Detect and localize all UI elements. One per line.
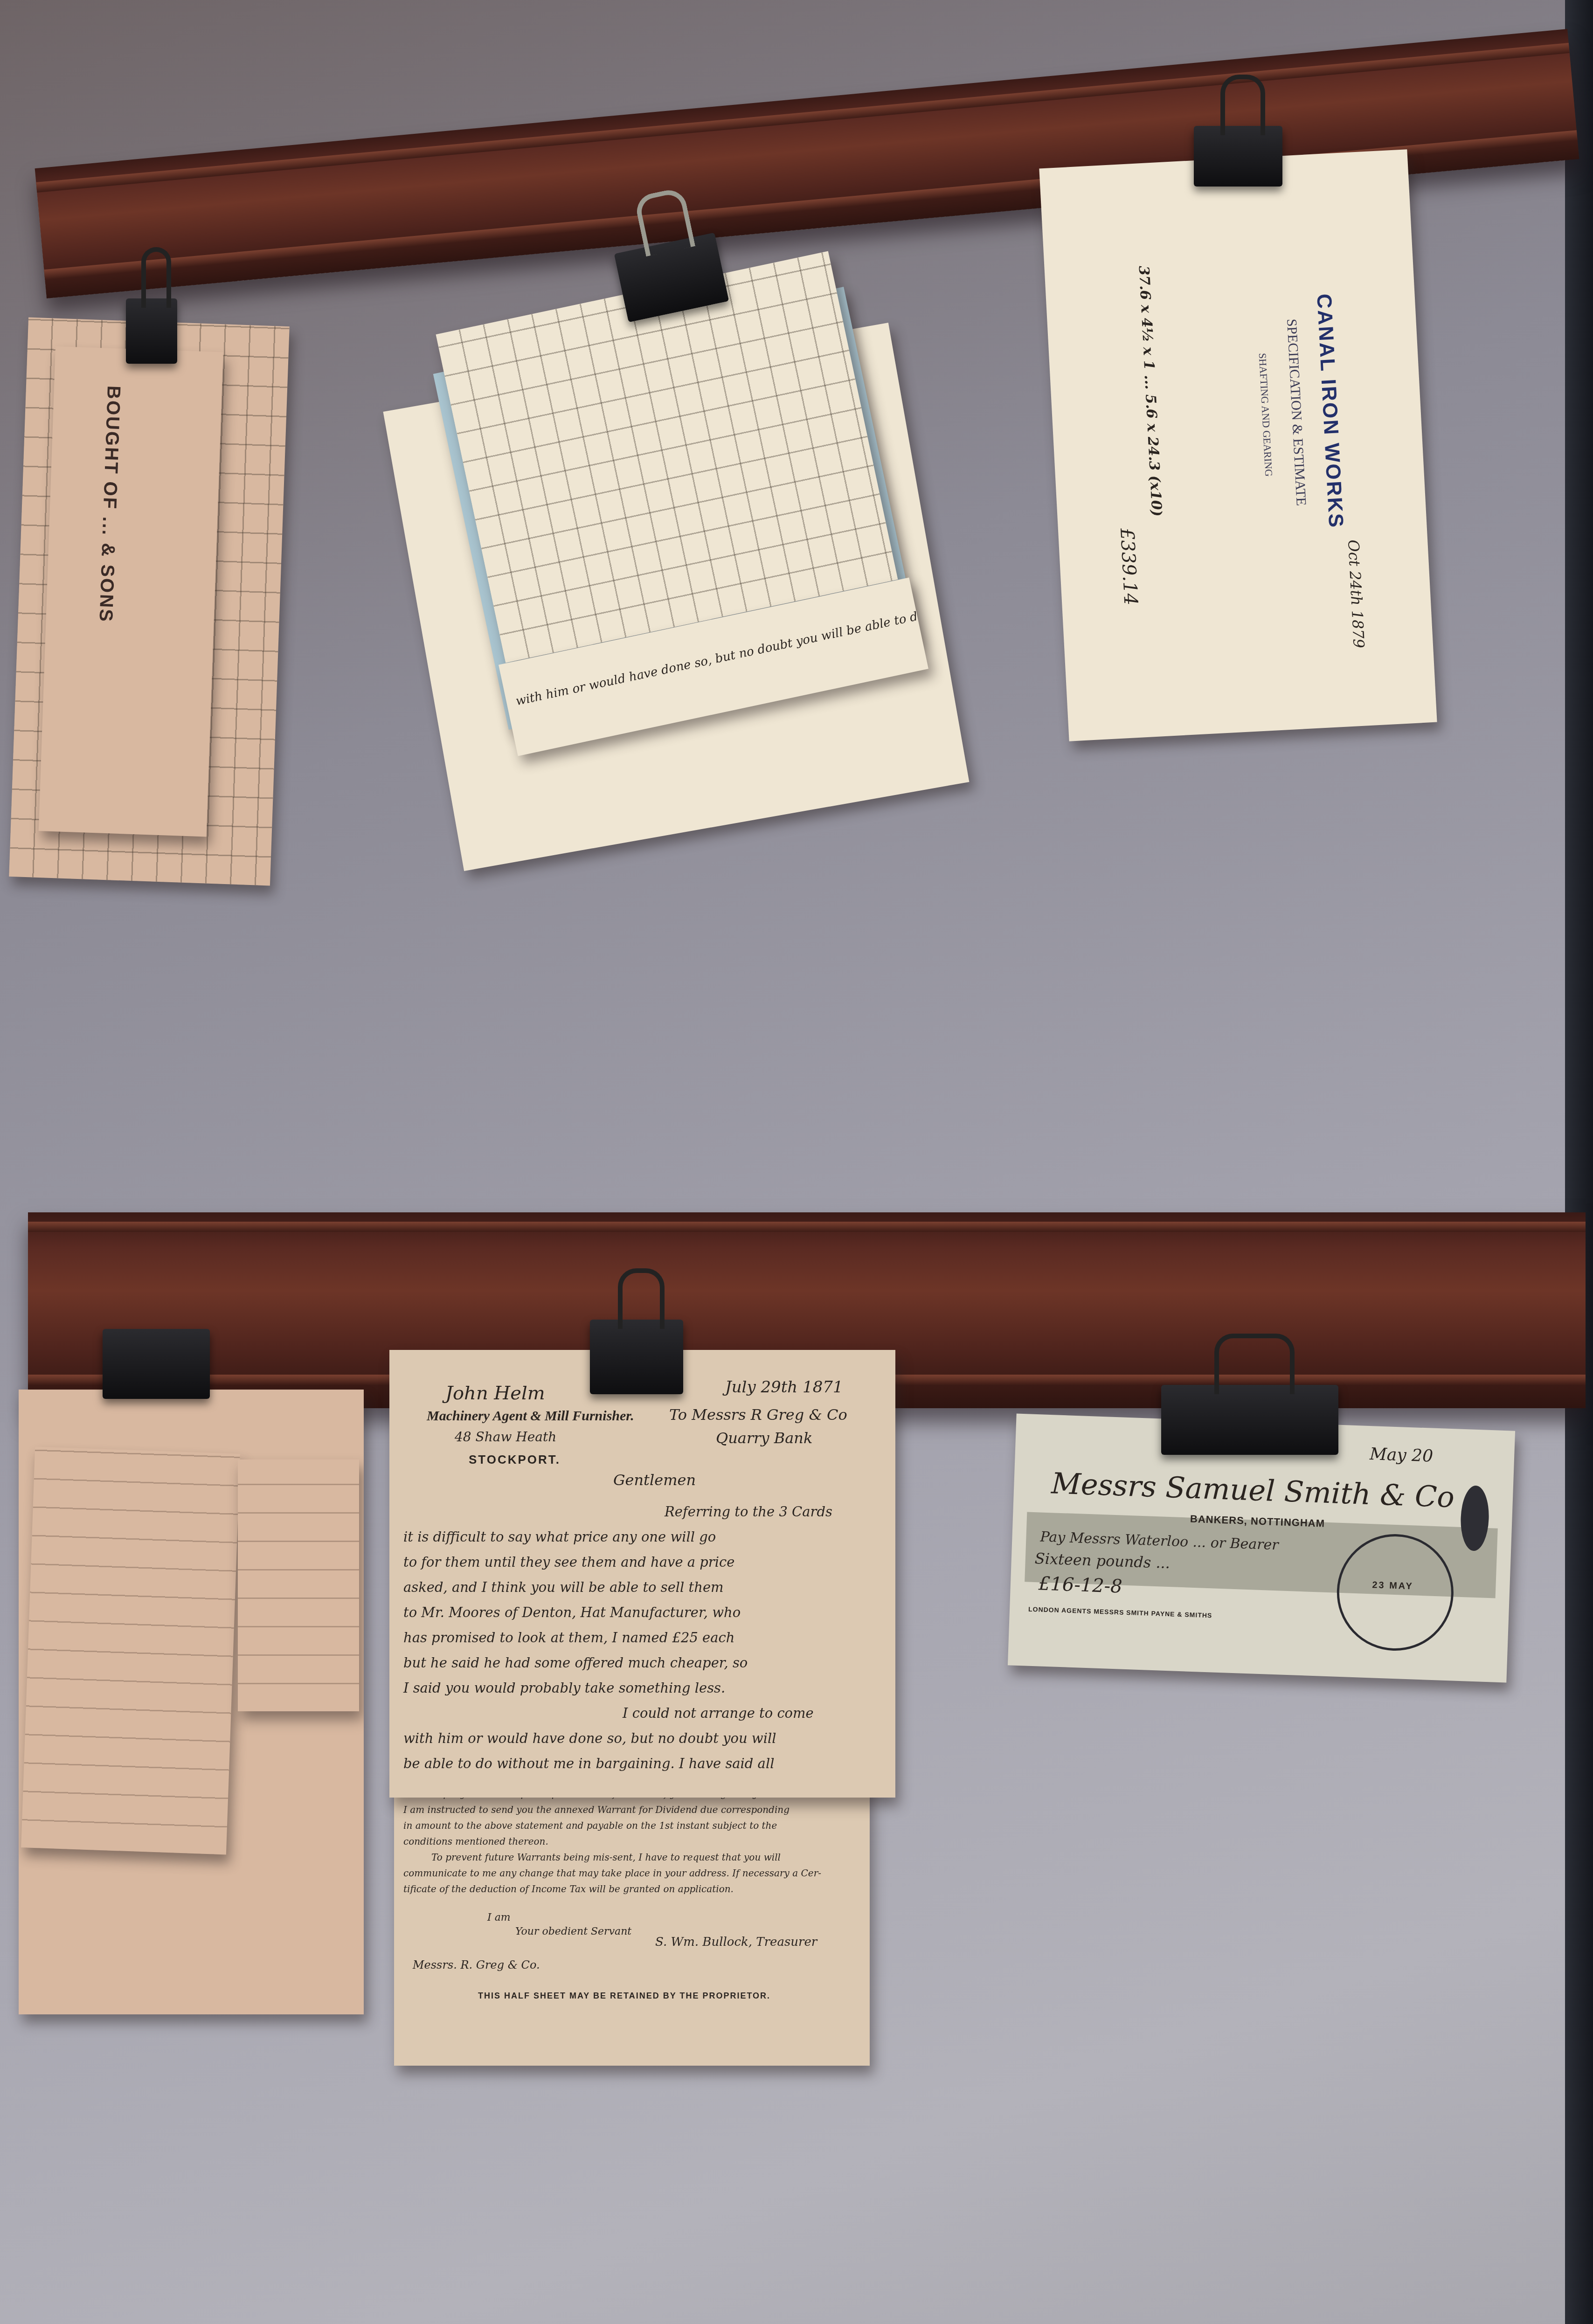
sender-trade: Machinery Agent & Mill Furnisher. <box>427 1408 634 1424</box>
bulldog-clip <box>1194 126 1282 187</box>
letter-line: but he said he had some offered much che… <box>403 1650 832 1675</box>
canal-iron-works-spec: CANAL IRON WORKS SPECIFICATION & ESTIMAT… <box>1039 149 1437 741</box>
dividend-line: communicate to me any change that may ta… <box>403 1865 821 1881</box>
cheque-bank-name: Messrs Samuel Smith & Co <box>1051 1466 1455 1514</box>
bottom-left-bundle <box>19 1390 364 2014</box>
handwritten-note <box>238 1459 359 1711</box>
letter-body: Referring to the 3 Cards it is difficult… <box>403 1499 832 1776</box>
dividend-notice: the Company entitled to participate ther… <box>394 1772 870 2066</box>
typed-letter <box>21 1447 240 1855</box>
letter-line: I said you would probably take something… <box>403 1675 832 1701</box>
bulldog-clip <box>1161 1385 1338 1455</box>
closing-1: I am <box>487 1912 511 1923</box>
letter-line: to for them until they see them and have… <box>403 1549 832 1575</box>
cheque-london-agents: LONDON AGENTS MESSRS SMITH PAYNE & SMITH… <box>1028 1605 1212 1619</box>
spec-date: Oct 24th 1879 <box>1344 539 1368 649</box>
letter-line: it is difficult to say what price any on… <box>403 1524 832 1549</box>
bought-of-invoice: BOUGHT OF ... & SONS <box>39 346 223 837</box>
sender-address: 48 Shaw Heath <box>455 1429 556 1445</box>
addressee-line-1: To Messrs R Greg & Co <box>669 1406 847 1424</box>
handwritten-dimensions: 37.6 x 4½ x 1 ... 5.6 x 24.3 (x10) <box>1136 265 1165 517</box>
cheque-date: May 20 <box>1369 1445 1433 1466</box>
bulldog-clip <box>590 1320 683 1394</box>
estimate-amount: £339.14 <box>1116 528 1142 606</box>
company-name: CANAL IRON WORKS <box>1312 293 1347 529</box>
letter-line: I could not arrange to come <box>403 1701 832 1726</box>
john-helm-letter: John Helm Machinery Agent & Mill Furnish… <box>389 1350 895 1798</box>
closing-2: Your obedient Servant <box>515 1926 631 1937</box>
sender-town: STOCKPORT. <box>469 1452 561 1467</box>
letter-line: with him or would have done so, but no d… <box>403 1726 832 1751</box>
dividend-body: the Company entitled to participate ther… <box>403 1786 821 1897</box>
dividend-line: in amount to the above statement and pay… <box>403 1818 821 1833</box>
spec-title: SPECIFICATION & ESTIMATE <box>1283 318 1309 506</box>
letter-line: Referring to the 3 Cards <box>403 1499 832 1524</box>
letter-line: be able to do without me in bargaining. … <box>403 1751 832 1776</box>
stamp-date: 23 MAY <box>1372 1580 1413 1592</box>
dividend-line: To prevent future Warrants being mis-sen… <box>403 1849 821 1865</box>
letter-line: has promised to look at them, I named £2… <box>403 1625 832 1650</box>
letter-line: to Mr. Moores of Denton, Hat Manufacture… <box>403 1600 832 1625</box>
spec-subtitle: SHAFTING AND GEARING <box>1256 353 1275 477</box>
top-left-bundle: BOUGHT OF ... & SONS <box>9 318 290 886</box>
letter-date: July 29th 1871 <box>725 1378 843 1397</box>
frame-edge <box>1565 0 1593 2324</box>
retain-footer: THIS HALF SHEET MAY BE RETAINED BY THE P… <box>478 1991 770 2001</box>
dividend-line: conditions mentioned thereon. <box>403 1833 821 1849</box>
salutation: Gentlemen <box>613 1471 696 1489</box>
sender-name: John Helm <box>445 1383 545 1404</box>
invoice-heading: BOUGHT OF ... & SONS <box>95 385 124 623</box>
letter-line: asked, and I think you will be able to s… <box>403 1575 832 1600</box>
dividend-recipient: Messrs. R. Greg & Co. <box>413 1958 540 1971</box>
bulldog-clip <box>126 298 177 364</box>
dividend-line: I am instructed to send you the annexed … <box>403 1802 821 1818</box>
bulldog-clip <box>103 1329 210 1399</box>
addressee-line-2: Quarry Bank <box>716 1429 812 1447</box>
cheque-amount: £16-12-8 <box>1038 1573 1122 1597</box>
dividend-line: tificate of the deduction of Income Tax … <box>403 1881 821 1897</box>
rail-molding <box>28 1222 1586 1232</box>
treasurer-signature: S. Wm. Bullock, Treasurer <box>655 1935 817 1949</box>
